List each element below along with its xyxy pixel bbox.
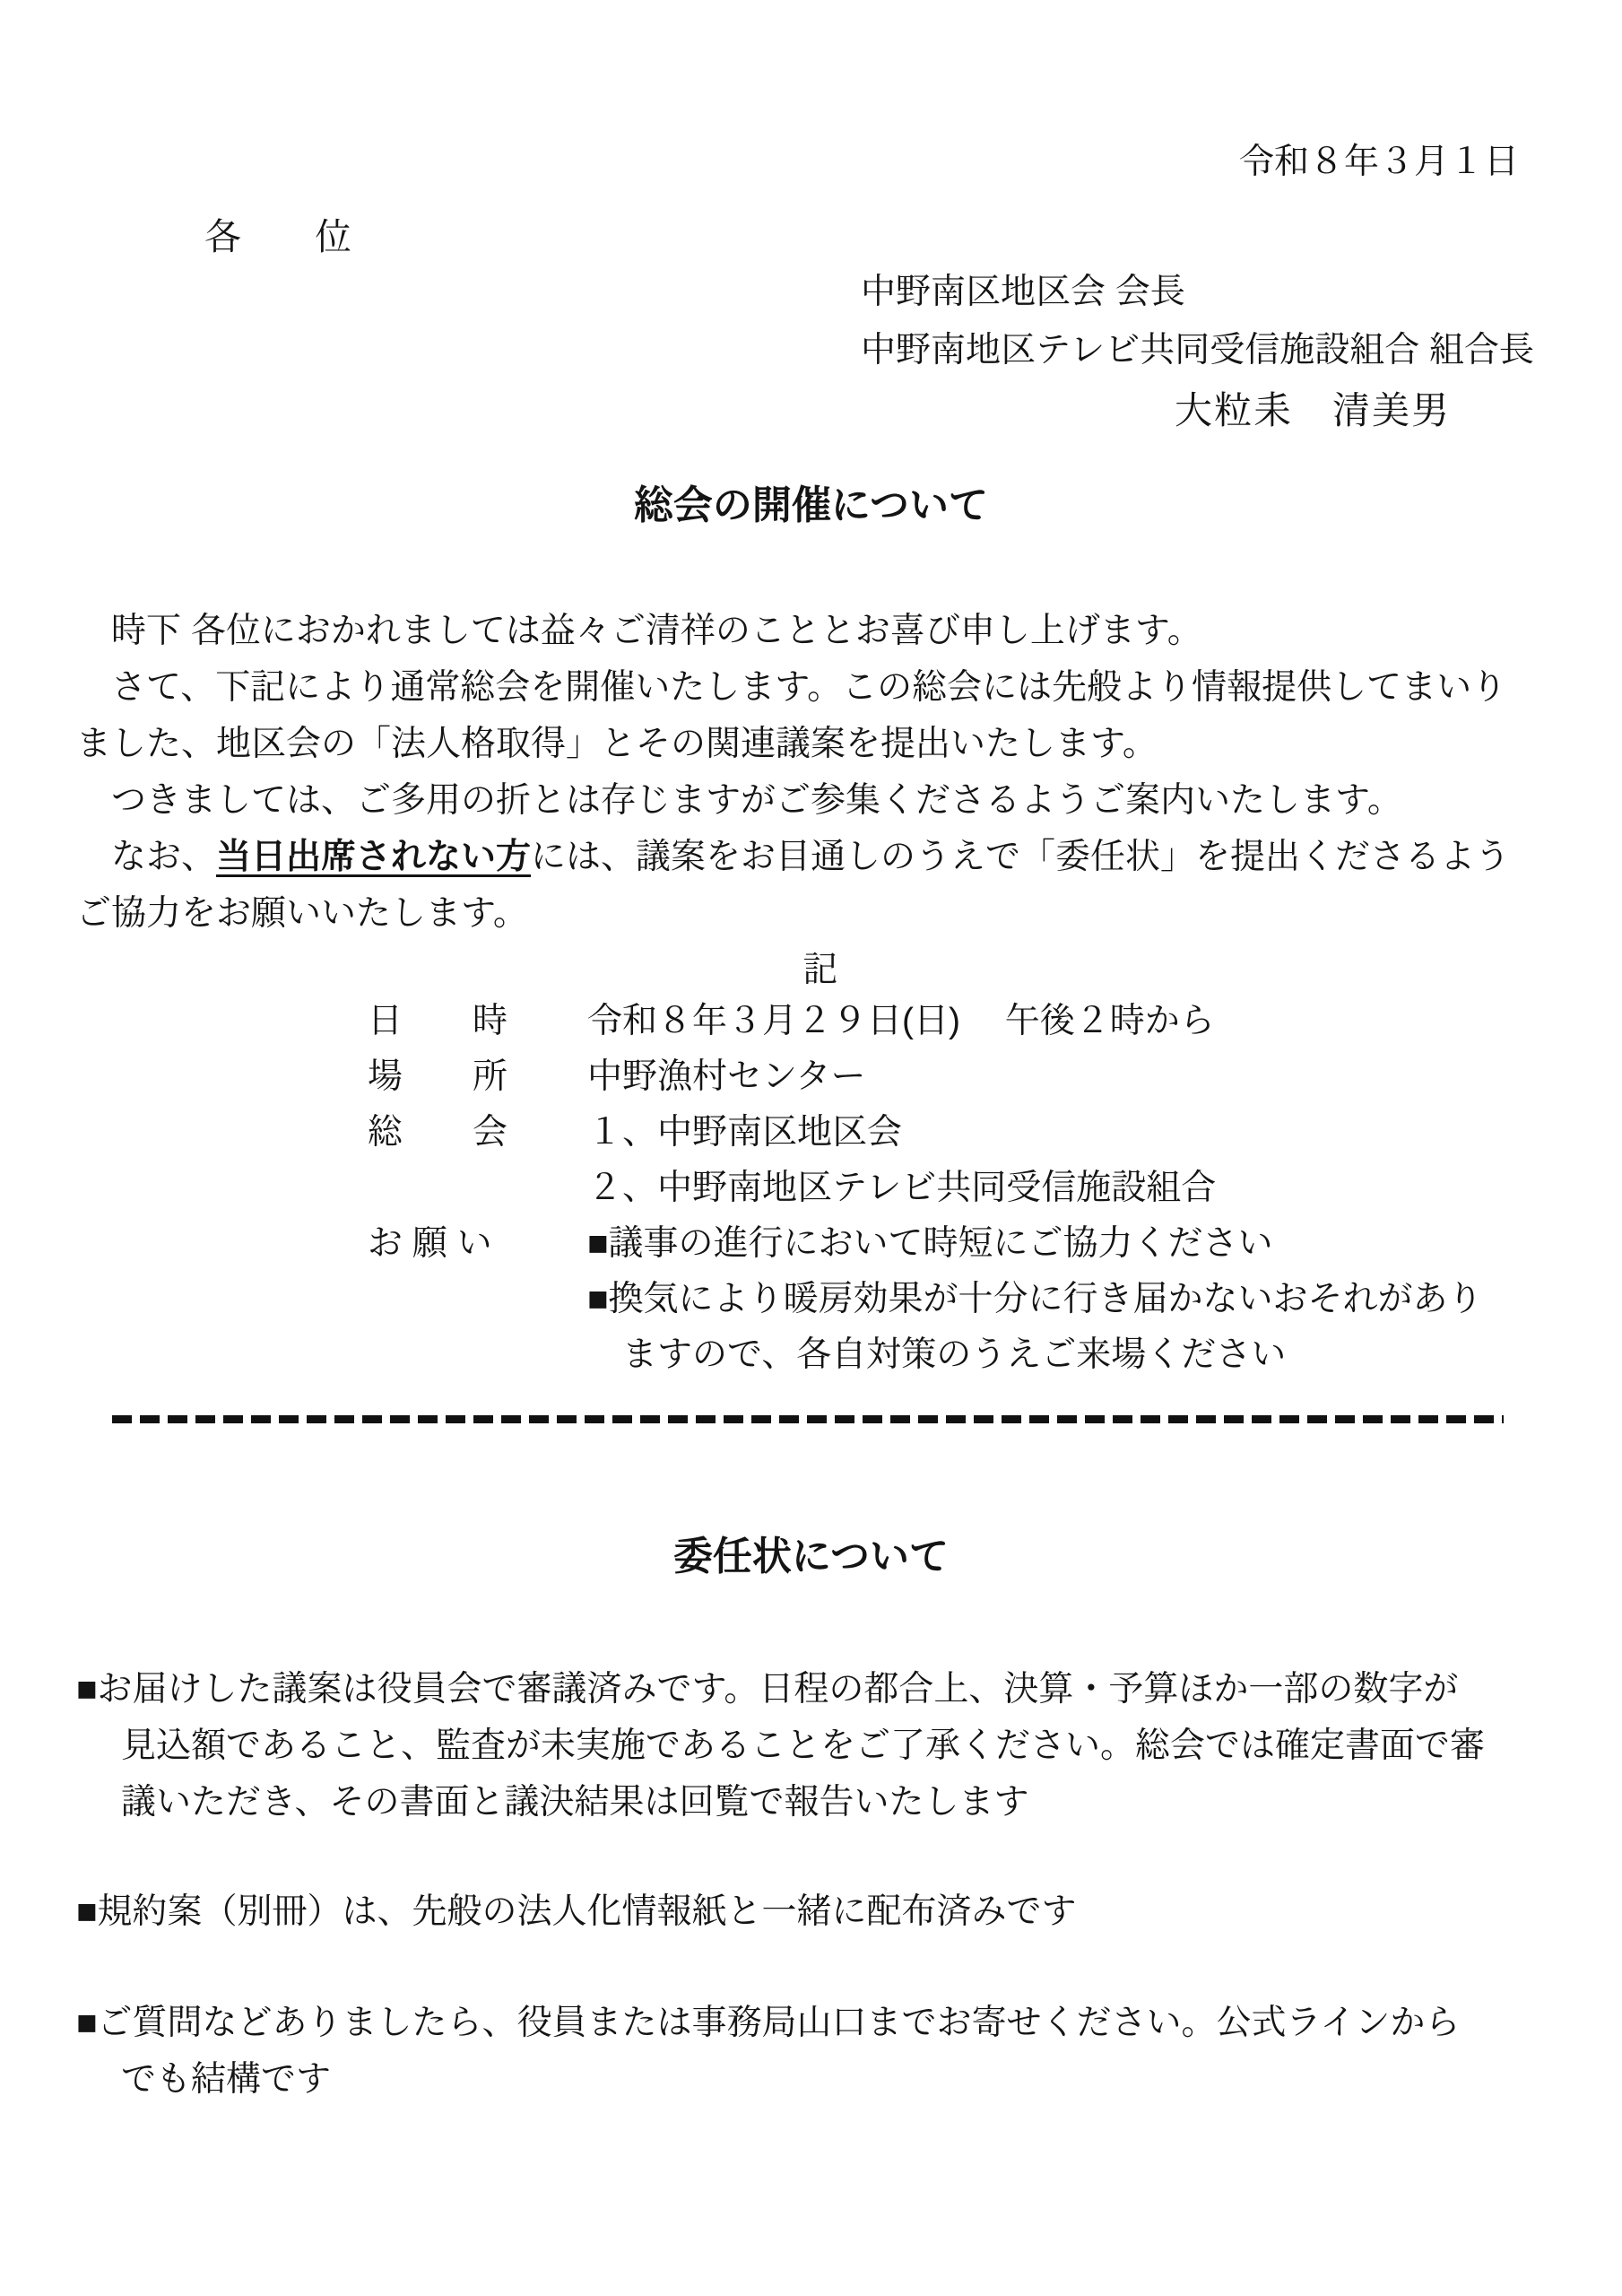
ki-marker: 記: [76, 942, 1565, 998]
document-page: 令和８年３月１日 各 位 中野南区地区会 会長 中野南地区テレビ共同受信施設組合…: [0, 0, 1622, 2296]
proxy-section-body: ■お届けした議案は役員会で審議済みです。日程の都合上、決算・予算ほか一部の数字が…: [76, 1661, 1574, 2108]
cut-line-divider: [112, 1415, 1504, 1423]
body-line-announcement-1: さて、下記により通常総会を開催いたします。この総会には先般より情報提供してまいり: [76, 659, 1565, 716]
detail-row-datetime: 日 時令和８年３月２９日(日) 午後２時から: [76, 994, 1565, 1049]
absentee-emphasis: 当日出席されない方: [216, 838, 531, 876]
sender-organization-2: 中野南地区テレビ共同受信施設組合 組合長: [861, 330, 1534, 372]
detail-row-assembly-2: ２、中野南地区テレビ共同受信施設組合: [76, 1161, 1565, 1216]
proxy-request-prefix: なお、: [76, 838, 216, 876]
proxy-bullet-1-line-3: 議いただき、その書面と議決結果は回覧で報告いたします: [76, 1774, 1574, 1831]
proxy-request-suffix: には、議案をお目通しのうえで「委任状」を提出くださるよう: [531, 838, 1510, 876]
meeting-notice-title: 総会の開催について: [0, 483, 1622, 530]
detail-row-place: 場 所中野漁村センター: [76, 1049, 1565, 1105]
meeting-notice-body: 時下 各位におかれましては益々ご清祥のこととお喜び申し上げます。 さて、下記によ…: [76, 603, 1565, 998]
letter-date: 令和８年３月１日: [1239, 142, 1519, 184]
proxy-bullet-1-line-2: 見込額であること、監査が未実施であることをご了承ください。総会では確定書面で審: [76, 1718, 1574, 1774]
sender-name: 大粒耒 清美男: [1175, 388, 1451, 433]
proxy-bullet-3-line-1: ■ご質問などありましたら、役員または事務局山口までお寄せください。公式ラインから: [76, 1995, 1574, 2051]
proxy-section-title: 委任状について: [0, 1534, 1622, 1581]
detail-row-request-3: ますので、各自対策のうえご来場ください: [76, 1327, 1565, 1383]
proxy-bullet-3-line-2: でも結構です: [76, 2051, 1574, 2108]
body-line-proxy-request-1: なお、当日出席されない方には、議案をお目通しのうえで「委任状」を提出くださるよう: [76, 829, 1565, 885]
detail-value: ますので、各自対策のうえご来場ください: [587, 1335, 1286, 1374]
detail-row-request-2: ■換気により暖房効果が十分に行き届かないおそれがあり: [76, 1272, 1565, 1327]
body-line-greeting: 時下 各位におかれましては益々ご清祥のこととお喜び申し上げます。: [76, 603, 1565, 659]
detail-value: ■議事の進行において時短にご協力ください: [587, 1224, 1273, 1263]
detail-value: ■換気により暖房効果が十分に行き届かないおそれがあり: [587, 1280, 1483, 1318]
body-line-announcement-2: ました、地区会の「法人格取得」とその関連議案を提出いたします。: [76, 716, 1565, 772]
meeting-details: 日 時令和８年３月２９日(日) 午後２時から 場 所中野漁村センター 総 会１、…: [76, 994, 1565, 1383]
detail-label: 総 会: [368, 1105, 520, 1161]
sender-organization-1: 中野南区地区会 会長: [861, 272, 1185, 314]
detail-value: ２、中野南地区テレビ共同受信施設組合: [587, 1169, 1216, 1207]
body-line-invitation: つきましては、ご多用の折とは存じますがご参集くださるようご案内いたします。: [76, 772, 1565, 829]
body-line-proxy-request-2: ご協力をお願いいたします。: [76, 885, 1565, 942]
detail-label: 場 所: [368, 1049, 520, 1105]
recipient-salutation: 各 位: [204, 215, 351, 259]
detail-label: 日 時: [368, 994, 520, 1049]
detail-row-request-1: お 願 い■議事の進行において時短にご協力ください: [76, 1216, 1565, 1272]
detail-row-assembly-1: 総 会１、中野南区地区会: [76, 1105, 1565, 1161]
proxy-bullet-1-line-1: ■お届けした議案は役員会で審議済みです。日程の都合上、決算・予算ほか一部の数字が: [76, 1661, 1574, 1718]
detail-value: 令和８年３月２９日(日) 午後２時から: [587, 1002, 1215, 1040]
detail-label: お 願 い: [368, 1216, 520, 1272]
detail-value: １、中野南区地区会: [587, 1113, 902, 1152]
proxy-bullet-2-line-1: ■規約案（別冊）は、先般の法人化情報紙と一緒に配布済みです: [76, 1883, 1574, 1940]
detail-value: 中野漁村センター: [587, 1057, 865, 1096]
